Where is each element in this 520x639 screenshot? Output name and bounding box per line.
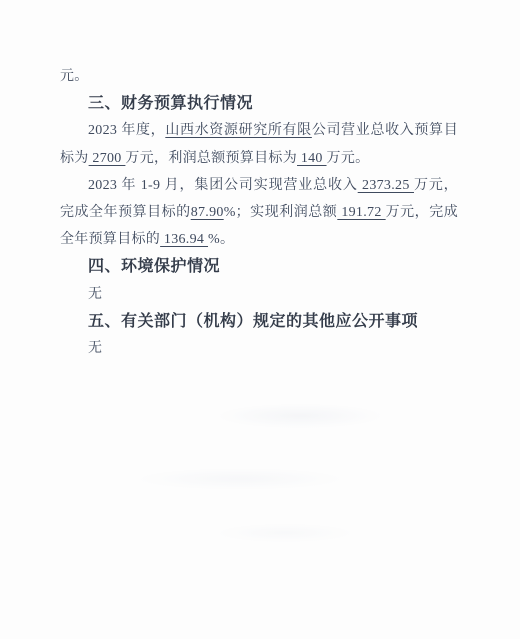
heading-text: 三、财务预算执行情况 bbox=[88, 95, 253, 112]
underlined-company-name: 山西水资源研究所有限 bbox=[165, 123, 312, 138]
text-run: 无 bbox=[88, 287, 102, 302]
section-5-content-none: 无 bbox=[60, 335, 458, 362]
heading-text: 四、环境保护情况 bbox=[88, 258, 220, 275]
heading-section-3-budget-execution: 三、财务预算执行情况 bbox=[60, 90, 458, 117]
text-run: %；实现利润总额 bbox=[224, 205, 338, 220]
paragraph-actual-results-line-1: 2023 年 1-9 月，集团公司实现营业总收入 2373.25 万元， bbox=[60, 172, 458, 199]
text-run: 公司营业总收入预算目 bbox=[312, 123, 458, 138]
heading-text: 五、有关部门（机构）规定的其他应公开事项 bbox=[88, 313, 418, 330]
text-run: 2023 年度， bbox=[88, 123, 165, 138]
underlined-revenue-completion-percent: 87.90 bbox=[191, 205, 224, 220]
text-run: %。 bbox=[208, 232, 234, 247]
underlined-profit-target-value: 140 bbox=[297, 151, 327, 166]
underlined-actual-profit-value: 191.72 bbox=[337, 205, 385, 220]
paragraph-actual-results-line-2: 完成全年预算目标的87.90%；实现利润总额 191.72 万元，完成 bbox=[60, 199, 458, 226]
paragraph-budget-targets-line-1: 2023 年度，山西水资源研究所有限公司营业总收入预算目 bbox=[60, 117, 458, 144]
text-run: 万元，利润总额预算目标为 bbox=[125, 151, 297, 166]
paragraph-budget-targets-line-2: 标为 2700 万元，利润总额预算目标为 140 万元。 bbox=[60, 145, 458, 172]
underlined-actual-revenue-value: 2373.25 bbox=[358, 178, 414, 193]
text-run: 标为 bbox=[60, 151, 89, 166]
document-page: 元。 三、财务预算执行情况 2023 年度，山西水资源研究所有限公司营业总收入预… bbox=[0, 0, 520, 639]
heading-section-5-other-disclosures: 五、有关部门（机构）规定的其他应公开事项 bbox=[60, 308, 458, 335]
text-run: 万元。 bbox=[327, 151, 370, 166]
paragraph-actual-results-line-3: 全年预算目标的 136.94 %。 bbox=[60, 226, 458, 253]
paragraph-tail-line: 元。 bbox=[60, 63, 458, 90]
text-run: 万元，完成 bbox=[386, 205, 458, 220]
section-4-content-none: 无 bbox=[60, 281, 458, 308]
underlined-revenue-target-value: 2700 bbox=[89, 151, 126, 166]
text-run: 全年预算目标的 bbox=[60, 232, 160, 247]
text-run: 完成全年预算目标的 bbox=[60, 205, 191, 220]
text-run: 无 bbox=[88, 341, 102, 356]
text-run: 2023 年 1-9 月，集团公司实现营业总收入 bbox=[88, 178, 358, 193]
text-run: 元。 bbox=[60, 69, 89, 84]
underlined-profit-completion-percent: 136.94 bbox=[160, 232, 208, 247]
heading-section-4-environmental-protection: 四、环境保护情况 bbox=[60, 253, 458, 280]
text-run: 万元， bbox=[414, 178, 458, 193]
